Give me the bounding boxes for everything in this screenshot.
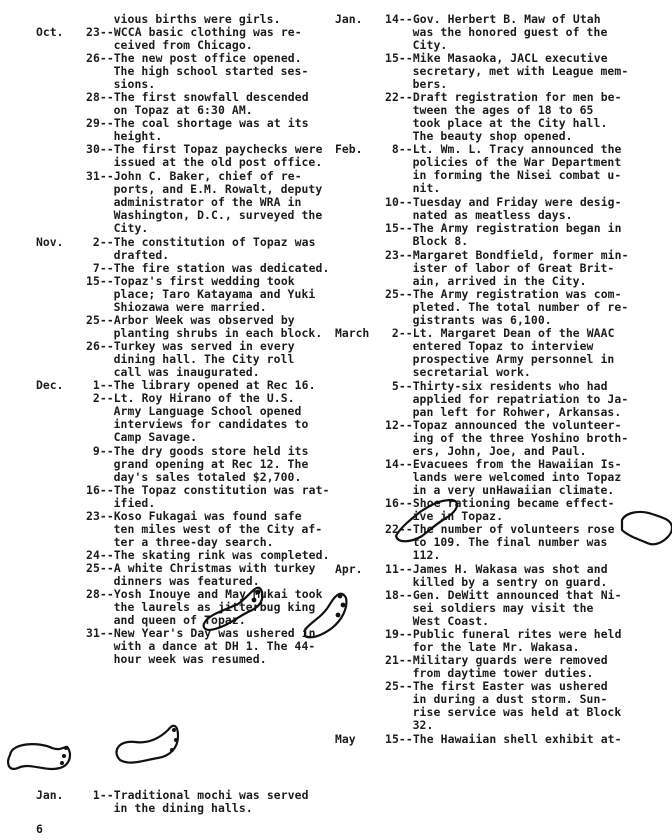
entry-continuation: 32. bbox=[413, 719, 434, 732]
entry-continuation: to 109. The final number was bbox=[413, 536, 608, 549]
month-label: Nov. bbox=[36, 236, 63, 249]
entry-continuation: in forming the Nisei combat u- bbox=[413, 169, 622, 182]
month-label: March bbox=[335, 327, 369, 340]
document-page: vious births were girls.Oct.23--WCCA bas… bbox=[0, 0, 672, 840]
month-label: Apr. bbox=[335, 563, 362, 576]
month-label: Jan. bbox=[36, 789, 63, 802]
page-number: 6 bbox=[36, 822, 43, 836]
month-label: Jan. bbox=[335, 13, 362, 26]
entry-continuation: hour week was resumed. bbox=[114, 653, 267, 666]
month-label: May bbox=[335, 733, 356, 746]
entry-continuation: City. bbox=[114, 222, 149, 235]
month-label: Oct. bbox=[36, 26, 63, 39]
entry-continuation: issued at the old post office. bbox=[114, 156, 323, 169]
month-label: Feb. bbox=[335, 143, 362, 156]
entry-continuation: rise service was held at Block bbox=[413, 706, 622, 719]
entry-line: 15--The Hawaiian shell exhibit at- bbox=[385, 733, 622, 746]
entry-continuation: secretarial work. bbox=[413, 366, 531, 379]
entry-continuation: Camp Savage. bbox=[114, 431, 198, 444]
entry-continuation: 112. bbox=[413, 549, 441, 562]
entry-continuation: nit. bbox=[413, 182, 441, 195]
entry-continuation: Block 8. bbox=[413, 235, 469, 248]
entry-continuation: in the dining halls. bbox=[114, 802, 253, 815]
month-label: Dec. bbox=[36, 379, 63, 392]
